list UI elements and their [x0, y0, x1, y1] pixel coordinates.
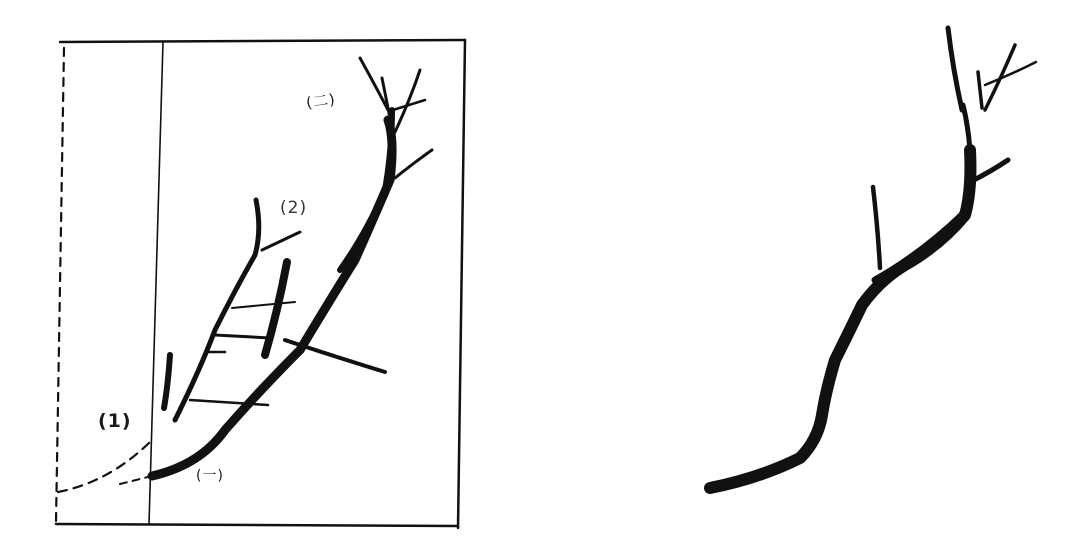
branch-2 [175, 200, 259, 420]
right-panel [710, 28, 1036, 488]
branch-sketch-figure [0, 0, 1080, 537]
label-top-branch: (二) [305, 88, 337, 113]
ink-twig-mid [978, 72, 982, 108]
dashed-extension-curve [58, 440, 152, 492]
dashed-extension-curve-2 [120, 476, 152, 484]
crossbar-1 [232, 302, 295, 308]
ink-upper [963, 105, 970, 150]
frame-divider-line [149, 42, 163, 524]
ink-trunk [710, 150, 970, 488]
frame-top-line [60, 40, 465, 42]
ink-twig-far [985, 62, 1036, 85]
ink-trunk-thin [875, 215, 962, 280]
twig-2-right [262, 232, 300, 250]
label-bottom-trunk: (一) [196, 465, 224, 485]
label-middle-branch: (2) [280, 198, 307, 218]
frame-bottom-line [56, 524, 458, 526]
left-panel [56, 40, 465, 528]
frame-left-dashed [56, 48, 64, 522]
label-left-branch: (1) [98, 410, 132, 432]
main-trunk [152, 120, 392, 476]
ink-twig-top [948, 28, 962, 110]
twig-top-right [395, 70, 420, 132]
ink-left-twig [873, 187, 880, 268]
branch-1-stub [164, 355, 170, 408]
frame-right-line [458, 40, 465, 528]
crossbar-2 [215, 335, 270, 338]
twig-right-side [395, 150, 432, 178]
